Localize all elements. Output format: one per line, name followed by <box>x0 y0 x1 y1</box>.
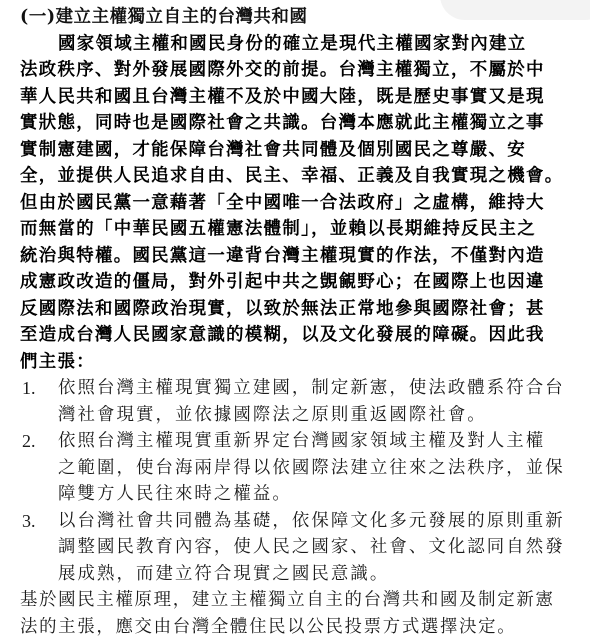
list-item-line: 展成熟，而建立符合現實之國民意識。 <box>20 561 576 588</box>
paragraph-line: 基於國民主權原理，建立主權獨立自主的台灣共和國及制定新憲 <box>20 587 576 614</box>
paragraph-line: 但由於國民黨一意藉著「全中國唯一合法政府」之虛構，維持大 <box>20 190 576 217</box>
document-page: (一)建立主權獨立自主的台灣共和國 國家領域主權和國民身份的確立是現代主權國家對… <box>20 4 576 640</box>
list-item-text: 依照台灣主權現實重新界定台灣國家領域主權及對人主權 <box>58 431 545 451</box>
closing-paragraph: 基於國民主權原理，建立主權獨立自主的台灣共和國及制定新憲 法的主張，應交由台灣全… <box>20 587 576 640</box>
list-item-line: 調整國民教育內容，使人民之國家、社會、文化認同自然發 <box>20 534 576 561</box>
list-item-line: 2. 依照台灣主權現實重新界定台灣國家領域主權及對人主權 <box>20 428 576 455</box>
paragraph-line: 們主張： <box>20 349 576 376</box>
paragraph-line: 反國際法和國際政治現實，以致於無法正常地參與國際社會；甚 <box>20 296 576 323</box>
paragraph-line: 華人民共和國且台灣主權不及於中國大陸，既是歷史事實又是現 <box>20 84 576 111</box>
paragraph-line: 法的主張，應交由台灣全體住民以公民投票方式選擇決定。 <box>20 614 576 640</box>
list-item-1: 1. 依照台灣主權現實獨立建國，制定新憲，使法政體系符合台 灣社會現實，並依據國… <box>20 375 576 428</box>
list-item-text: 以台灣社會共同體為基礎，依保障文化多元發展的原則重新 <box>58 511 565 531</box>
paragraph-line: 全，並提供人民追求自由、民主、幸福、正義及自我實現之機會。 <box>20 163 576 190</box>
paragraph-line: 實狀態，同時也是國際社會之共識。台灣本應就此主權獨立之事 <box>20 110 576 137</box>
list-item-text: 依照台灣主權現實獨立建國，制定新憲，使法政體系符合台 <box>58 378 565 398</box>
list-item-line: 灣社會現實，並依據國際法之原則重返國際社會。 <box>20 402 576 429</box>
list-item-line: 3. 以台灣社會共同體為基礎，依保障文化多元發展的原則重新 <box>20 508 576 535</box>
list-item-line: 障雙方人民往來時之權益。 <box>20 481 576 508</box>
list-item-line: 之範圍，使台海兩岸得以依國際法建立往來之法秩序，並保 <box>20 455 576 482</box>
paragraph-line: 成憲政改造的僵局，對外引起中共之覬覦野心；在國際上也因違 <box>20 269 576 296</box>
paragraph-line: 國家領域主權和國民身份的確立是現代主權國家對內建立 <box>20 31 576 58</box>
paragraph-line: 至造成台灣人民國家意識的模糊，以及文化發展的障礙。因此我 <box>20 322 576 349</box>
paragraph-line: 而無當的「中華民國五權憲法體制」，並賴以長期維持反民主之 <box>20 216 576 243</box>
list-item-number: 3. <box>22 508 36 535</box>
list-item-number: 2. <box>22 428 36 455</box>
paragraph-line: 統治與特權。國民黨這一違背台灣主權現實的作法，不僅對內造 <box>20 243 576 270</box>
paragraph-line: 實制憲建國，才能保障台灣社會共同體及個別國民之尊嚴、安 <box>20 137 576 164</box>
list-item-line: 1. 依照台灣主權現實獨立建國，制定新憲，使法政體系符合台 <box>20 375 576 402</box>
intro-paragraph: 國家領域主權和國民身份的確立是現代主權國家對內建立 法政秩序、對外發展國際外交的… <box>20 31 576 376</box>
list-item-number: 1. <box>22 375 36 402</box>
list-item-3: 3. 以台灣社會共同體為基礎，依保障文化多元發展的原則重新 調整國民教育內容，使… <box>20 508 576 588</box>
paragraph-line: 法政秩序、對外發展國際外交的前提。台灣主權獨立，不屬於中 <box>20 57 576 84</box>
numbered-list: 1. 依照台灣主權現實獨立建國，制定新憲，使法政體系符合台 灣社會現實，並依據國… <box>20 375 576 587</box>
list-item-2: 2. 依照台灣主權現實重新界定台灣國家領域主權及對人主權 之範圍，使台海兩岸得以… <box>20 428 576 508</box>
section-heading: (一)建立主權獨立自主的台灣共和國 <box>20 4 576 31</box>
